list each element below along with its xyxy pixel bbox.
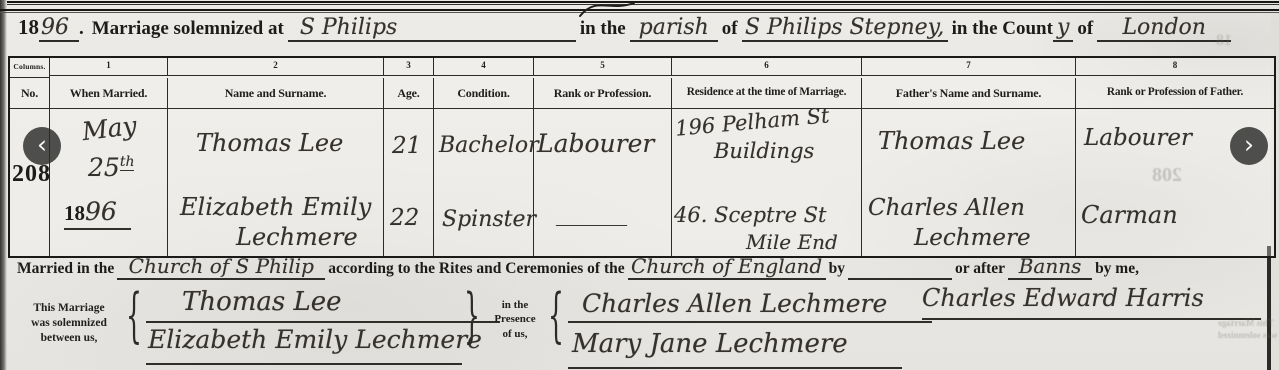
groom-residence-line1: 196 Pelham St <box>674 103 830 140</box>
column-label-row: No. When Married. Name and Surname. Age.… <box>10 78 1274 109</box>
father-name-cell: Thomas Lee Charles Allen Lechmere <box>862 109 1076 256</box>
groom-father-name: Thomas Lee <box>878 127 1025 155</box>
bride-father-name-line1: Charles Allen <box>868 195 1025 221</box>
this-marriage-label: This Marriage was solemnized between us, <box>14 301 124 346</box>
when-married-cell: May 25th 1896 <box>50 109 168 256</box>
signature-block: This Marriage was solemnized between us,… <box>14 289 1273 370</box>
col-header-father-rank: Rank or Profession of Father. <box>1076 78 1274 109</box>
bride-residence-line2: Mile End <box>746 230 838 254</box>
bride-profession-dash: ———— <box>556 213 624 236</box>
columns-caption: Columns. <box>10 58 50 78</box>
marriage-day: 25th <box>88 153 134 182</box>
col-header-when-married: When Married. <box>50 78 168 109</box>
parish-word: parish <box>630 15 718 42</box>
column-number: 6 <box>672 58 862 76</box>
witness2-signature: Mary Jane Lechmere <box>568 329 902 369</box>
col-header-father-name: Father's Name and Surname. <box>862 78 1076 109</box>
title-period: . <box>79 18 84 40</box>
showthrough-record-number: 208 <box>1152 164 1182 187</box>
rites-line: Married in the Church of S Philip accord… <box>14 254 1265 280</box>
groom-condition: Bachelor <box>439 133 539 158</box>
title-solemnized: Marriage solemnized at <box>92 18 284 40</box>
page-binding-edge <box>0 0 7 370</box>
column-number: 7 <box>862 58 1076 76</box>
marriage-month: May <box>80 111 138 146</box>
parish-name: S Philips Stepney, <box>742 15 948 42</box>
column-number: 2 <box>168 58 384 76</box>
by-label: by <box>829 260 845 278</box>
year-printed: 18 <box>18 15 39 40</box>
column-number: 3 <box>384 58 434 76</box>
col-header-condition: Condition. <box>434 78 534 109</box>
officiant-blank-line <box>848 258 952 280</box>
open-brace: { <box>126 281 142 349</box>
chevron-left-icon: ‹ <box>37 132 47 157</box>
condition-cell: Bachelor Spinster <box>434 109 534 256</box>
groom-signature: Thomas Lee <box>146 287 500 323</box>
bride-age: 22 <box>390 205 419 231</box>
married-in-the: Married in the <box>17 260 114 278</box>
or-after-label: or after <box>955 260 1005 278</box>
column-number: 8 <box>1076 58 1274 76</box>
previous-record-button[interactable]: ‹ <box>23 127 61 165</box>
entry-number: 208 <box>12 161 51 188</box>
showthrough-year: 18 <box>1216 32 1232 50</box>
bride-father-name-line2: Lechmere <box>914 225 1031 251</box>
county-y-handwritten: y <box>1053 15 1073 42</box>
register-table: Columns. 1 2 3 4 5 6 7 8 No. When Marrie… <box>8 56 1276 258</box>
groom-age: 21 <box>392 133 421 159</box>
marriage-year: 1896 <box>64 197 131 230</box>
rank-profession-cell: Labourer ———— <box>534 109 672 256</box>
name-surname-cell: Thomas Lee Elizabeth Emily Lechmere <box>168 109 384 256</box>
groom-father-profession: Labourer <box>1084 125 1192 151</box>
title-of: of <box>722 18 738 40</box>
top-rule <box>0 12 1279 13</box>
year-handwritten: 96 <box>39 15 79 42</box>
next-record-button[interactable]: › <box>1230 127 1268 165</box>
column-number-row: Columns. 1 2 3 4 5 6 7 8 <box>10 58 1274 78</box>
bride-condition: Spinster <box>442 207 536 232</box>
top-rule <box>7 4 1279 5</box>
col-header-residence: Residence at the time of Marriage. <box>672 78 862 109</box>
bride-name-line1: Elizabeth Emily <box>180 193 371 221</box>
col-header-rank-profession: Rank or Profession. <box>534 78 672 109</box>
title-county-prefix: in the Count <box>952 18 1053 40</box>
open-brace: { <box>548 281 564 349</box>
bride-father-profession: Carman <box>1081 201 1178 229</box>
showthrough-text: was solemnized <box>1218 330 1277 340</box>
groom-name: Thomas Lee <box>196 129 343 157</box>
bride-residence-line1: 46. Sceptre St <box>674 203 827 227</box>
showthrough-text: This Marriage <box>1218 318 1274 328</box>
banns-word: Banns <box>1008 254 1092 280</box>
column-number: 1 <box>50 58 168 76</box>
bride-signature: Elizabeth Emily Lechmere <box>146 325 462 365</box>
county-name: London <box>1097 15 1231 42</box>
presence-label: in the Presence of us, <box>484 298 546 341</box>
top-rule <box>0 9 1279 11</box>
top-rule <box>7 1 1279 3</box>
column-number: 5 <box>534 58 672 76</box>
close-brace: } <box>464 281 480 349</box>
title-of2: of <box>1077 18 1093 40</box>
chevron-right-icon: › <box>1244 132 1254 157</box>
groom-profession: Labourer <box>537 129 654 158</box>
church-name: Church of S Philip <box>117 254 325 280</box>
according-text: according to the Rites and Ceremonies of… <box>328 260 624 278</box>
groom-residence-line2: Buildings <box>714 139 814 163</box>
church-of-england: Church of England <box>628 254 826 280</box>
column-number: 4 <box>434 58 534 76</box>
marriage-day-suffix: th <box>120 154 135 171</box>
col-header-age: Age. <box>384 78 434 109</box>
title-in-the: in the <box>580 18 626 40</box>
marriage-register-scan: 18 96 . Marriage solemnized at S Philips… <box>0 0 1279 370</box>
col-header-name-surname: Name and Surname. <box>168 78 384 109</box>
officiant-signature: Charles Edward Harris <box>922 284 1261 320</box>
bride-name-line2: Lechmere <box>236 223 358 251</box>
by-me-label: by me, <box>1095 260 1139 278</box>
age-cell: 21 22 <box>384 109 434 256</box>
place-of-marriage: S Philips <box>288 15 576 42</box>
col-header-no: No. <box>10 78 50 109</box>
register-title-line: 18 96 . Marriage solemnized at S Philips… <box>14 15 1271 42</box>
register-entry-row: 208 May 25th 1896 Thomas Lee Elizabeth E… <box>10 109 1274 256</box>
witness1-signature: Charles Allen Lechmere <box>568 289 932 323</box>
residence-cell: 196 Pelham St Buildings 46. Sceptre St M… <box>672 109 862 256</box>
